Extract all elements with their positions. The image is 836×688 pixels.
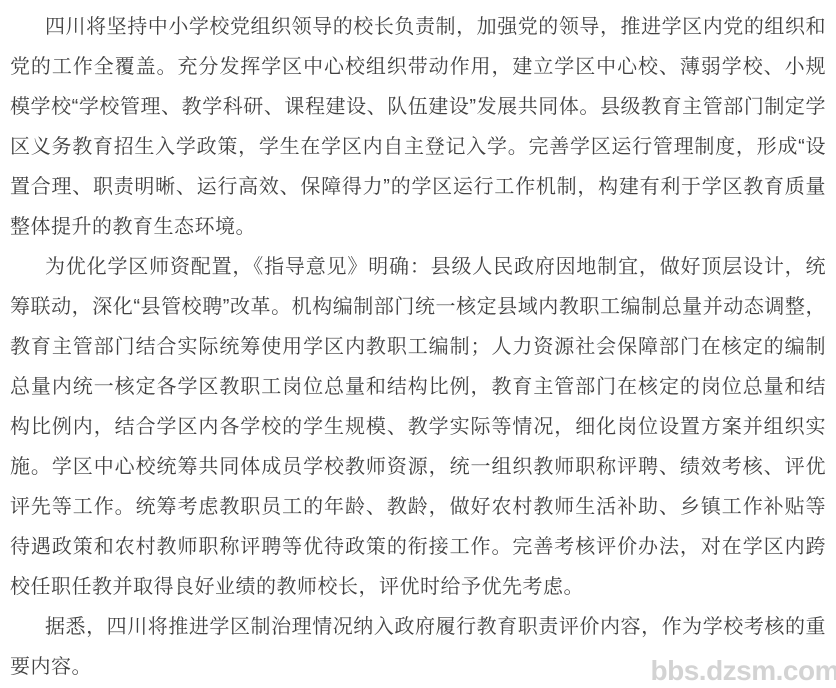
paragraph-party-leadership: 四川将坚持中小学校党组织领导的校长负责制，加强党的领导，推进学区内党的组织和党的… [10, 7, 826, 247]
paragraph-teacher-staffing: 为优化学区师资配置，《指导意见》明确：县级人民政府因地制宜，做好顶层设计，统筹联… [10, 247, 826, 607]
site-watermark: bbs.dzsm.com [651, 655, 836, 687]
article-body: 四川将坚持中小学校党组织领导的校长负责制，加强党的领导，推进学区内党的组织和党的… [0, 0, 836, 687]
